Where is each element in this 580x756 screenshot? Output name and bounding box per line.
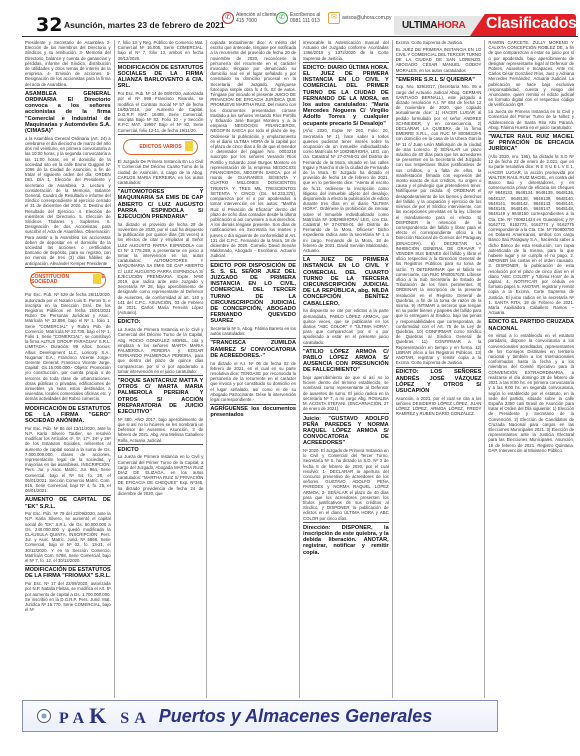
notice-text: El Juzgado De Primera Instancia En Lo Ci… xyxy=(118,159,204,185)
brand-logo: ULTIMAHORA xyxy=(402,20,465,31)
contact-whatsapp[interactable]: ✆ Escríbenos al0981 111 013 xyxy=(276,12,320,24)
notice-divider xyxy=(25,565,111,566)
notice-text: La Jueza de Primera Instancia en lo Civi… xyxy=(118,327,204,374)
header-rule xyxy=(22,36,578,37)
notice-heading: "EMERRE S.R.L S/ QUIEBRA" xyxy=(396,77,482,83)
notice-divider xyxy=(25,403,111,404)
notice-heading: "AUTOMOTORES Y MAQUINARIA SA EMIS DE CAP… xyxy=(118,189,204,220)
notice-divider xyxy=(25,267,111,268)
notice-divider xyxy=(488,131,574,132)
notice-heading: EDICTO POR DISPOSICIÓN DE S. S. EL SEÑOR… xyxy=(210,263,296,325)
notice-text: Nº 2020. El Juzgado de Primera Instancia… xyxy=(303,448,389,521)
notice-divider xyxy=(303,413,389,414)
notice-heading: AUMENTO DE CAPITAL DE "EK" S.R.L. xyxy=(25,497,111,509)
notice-heading: EDICTO: xyxy=(118,319,204,325)
notice-heading: EDICTO EL PARTIDO CRUZADA NACIONAL xyxy=(488,319,574,331)
notice-text: Por Esc. Nº 17 del 22/09/2020, autorizad… xyxy=(25,581,111,612)
notice-divider xyxy=(303,255,389,256)
notice-divider xyxy=(210,260,296,261)
notice-text: Por Esc. Púb. Nº 86 del 13/11/2020, ante… xyxy=(25,426,111,494)
page-header: 32 Asunción, martes 23 de febrero de 202… xyxy=(0,0,580,36)
notice-heading: ASAMBLEA GENERAL ORDINARIA El Directorio… xyxy=(25,91,111,134)
column-6: RAMON GARCETE, ZULLY MORENO Y CALIXTA CO… xyxy=(484,40,577,698)
notice-text: (Año: 2020, Expte Nº 260, Folio: 20, Sec… xyxy=(303,128,389,253)
notice-heading: "ATILIO LÓPEZ ARMOA C/ PABLO LÓPEZ ARMOA… xyxy=(303,349,389,374)
phone-icon: ✆ xyxy=(222,12,234,24)
column-5: Excma. Corte Suprema de Justicia.EL JUEZ… xyxy=(392,40,485,698)
notice-text: Excma. Corte Suprema de Justicia. xyxy=(396,40,482,45)
column-4: irrevocable la Autenticación manual del … xyxy=(299,40,392,698)
notice-text: EL JUEZ DE PRIMERA INSTANCIA EN LO CIVIL… xyxy=(396,47,482,73)
contact-email[interactable]: ✉ avisos@uhora.com.py xyxy=(328,12,392,24)
notice-text: (Año 2020, nro. 195), ha dictado la S.D … xyxy=(488,154,574,315)
contact-value: 0981 111 013 xyxy=(290,18,320,24)
notice-text: La Jueza de Primera Instancia en lo Civi… xyxy=(488,109,574,130)
notice-divider xyxy=(118,317,204,318)
brand-right: HORA xyxy=(437,20,465,31)
section-badge: CONSTITUCIÓN DE SOCIEDAD xyxy=(30,272,106,288)
notice-divider xyxy=(488,317,574,318)
notice-text: RAMON GARCETE, ZULLY MORENO Y CALIXTA CO… xyxy=(488,40,574,108)
notice-divider xyxy=(210,404,296,405)
section-badge-label: EDICTOS VARIOS xyxy=(139,145,181,150)
column-2: 7, folio 13, y Reg. Público de Comercio … xyxy=(114,40,207,698)
notice-divider xyxy=(118,444,204,445)
notice-text: a la Asamblea General Ordinaria (Art. 24… xyxy=(25,136,111,266)
notice-text: en virtud a lo establecido en el estatut… xyxy=(488,333,574,453)
notice-text: ha dispuesto se cite por edictos a la pa… xyxy=(303,308,389,344)
notice-divider xyxy=(303,62,389,63)
notice-heading: Juicio: "GUSTAVO ADOLFO PEÑA PAREDES Y N… xyxy=(303,416,389,447)
seal-icon xyxy=(37,709,51,723)
notice-divider xyxy=(118,187,204,188)
contact-value: 415 7000 xyxy=(236,18,257,24)
notice-text: La Jueza de Primera Instancia en lo Civi… xyxy=(118,454,204,496)
notice-text: bajo apercibimiento de que si así no lo … xyxy=(303,375,389,411)
notice-heading: AGRÍGUENSE los documentos presentados xyxy=(210,406,296,418)
notice-text: Presidente y Secretario de Asamblea 2- E… xyxy=(25,40,111,87)
notice-divider xyxy=(210,338,296,339)
footer-ad[interactable]: PAK SA Puertos y Almacenes Generales xyxy=(22,700,498,732)
notice-text: Por Esc. Pub. Nº 14 de 08/07/20, autoriz… xyxy=(118,91,204,133)
email-icon: ✉ xyxy=(328,12,340,24)
classified-columns: Presidente y Secretario de Asamblea 2- E… xyxy=(22,40,577,698)
notice-heading: MODIFICACIÓN DE ESTATUTOS DE LA FIRMA "F… xyxy=(25,567,111,579)
notice-heading: EDICTO: LOS SEÑORES ANDRÉS JOSÉ VÁZQUEZ … xyxy=(396,369,482,394)
notice-divider xyxy=(118,375,204,376)
page-number: 32 xyxy=(36,14,62,36)
notice-text: Por Esc. Púb. Nº 529 de fecha 28/11/2020… xyxy=(25,292,111,401)
tag-icon xyxy=(93,274,101,284)
notice-text: ha dictado el proveído de fecha 29 de no… xyxy=(118,222,204,316)
contact-value: avisos@uhora.com.py xyxy=(342,15,392,21)
notice-text: irrevocable la Autenticación manual del … xyxy=(303,40,389,61)
page-date: Asunción, martes 23 de febrero de 2021 xyxy=(64,20,225,30)
section-badge: EDICTOS VARIOS xyxy=(123,139,199,155)
notice-text: 7, folio 13, y Reg. Público de Comercio … xyxy=(118,40,204,61)
notice-divider xyxy=(118,134,204,135)
column-3: copiada textualmente dice: A mérito del … xyxy=(206,40,299,698)
section-title: Clasificados xyxy=(486,15,577,33)
notice-heading: "FRANCISCA ZUMILDA RAMIREZ S/ CONVOCATOR… xyxy=(210,340,296,359)
notice-divider xyxy=(118,62,204,63)
contact-phone[interactable]: ✆ Atención al cliente415 7000 xyxy=(222,12,277,24)
tag-icon xyxy=(185,141,193,151)
notice-heading: MODIFICACIÓN DE ESTATUTOS SOCIALES DE LA… xyxy=(118,65,204,90)
notice-divider xyxy=(25,88,111,89)
notice-divider xyxy=(303,346,389,347)
notice-text: Nº 480, AÑO 2017, bajo apercibimiento de… xyxy=(118,417,204,443)
footer-tagline: Puertos y Almacenes Generales xyxy=(159,706,432,727)
notice-text: copiada textualmente dice: A mérito del … xyxy=(210,40,296,259)
notice-divider xyxy=(25,495,111,496)
notice-heading: "WALTER RAUL RUIZ MACIEL S/ PRIVACIÓN DE… xyxy=(488,134,574,153)
notice-heading: LA JUEZ DE PRIMERA INSTANCIA EN LO CIVIL… xyxy=(303,257,389,307)
whatsapp-icon: ✆ xyxy=(276,12,288,24)
notice-text: Exp. Nro. 529/2017, (Secretaría Nro. 05 … xyxy=(396,84,482,365)
notice-heading: EDICTO xyxy=(118,447,204,453)
brand-left: ULTIMA xyxy=(402,20,437,31)
notice-heading: MODIFICACIÓN DE ESTATUTOS DE LA FIRMA "G… xyxy=(25,406,111,425)
notice-heading: "ROQUE SANTACRUZ MATTA Y OTROS C/ MARTA … xyxy=(118,378,204,415)
footer-brand: PAK SA xyxy=(59,703,151,729)
notice-divider xyxy=(396,74,482,75)
notice-divider xyxy=(396,367,482,368)
notice-heading: EDICTO: DIARIO ÚLTIMA HORA. EL JUEZ DE P… xyxy=(303,65,389,127)
notice-text: Por Esc. Púb. Nº 79 del 22/09/2020, ante… xyxy=(25,511,111,563)
notice-text: Asunción, a 2021, por el cual se cita a … xyxy=(396,396,482,417)
notice-text: Secretaría Nº 5, Abog. Fátima Barreto en… xyxy=(210,326,296,336)
notice-divider xyxy=(303,522,389,523)
notice-text: ha dictado el A.I. Nº 06 de fecha 02 de … xyxy=(210,361,296,403)
column-1: Presidente y Secretario de Asamblea 2- E… xyxy=(22,40,114,698)
notice-heading: Dirección: DISPONER, la inscripción de e… xyxy=(303,525,389,556)
